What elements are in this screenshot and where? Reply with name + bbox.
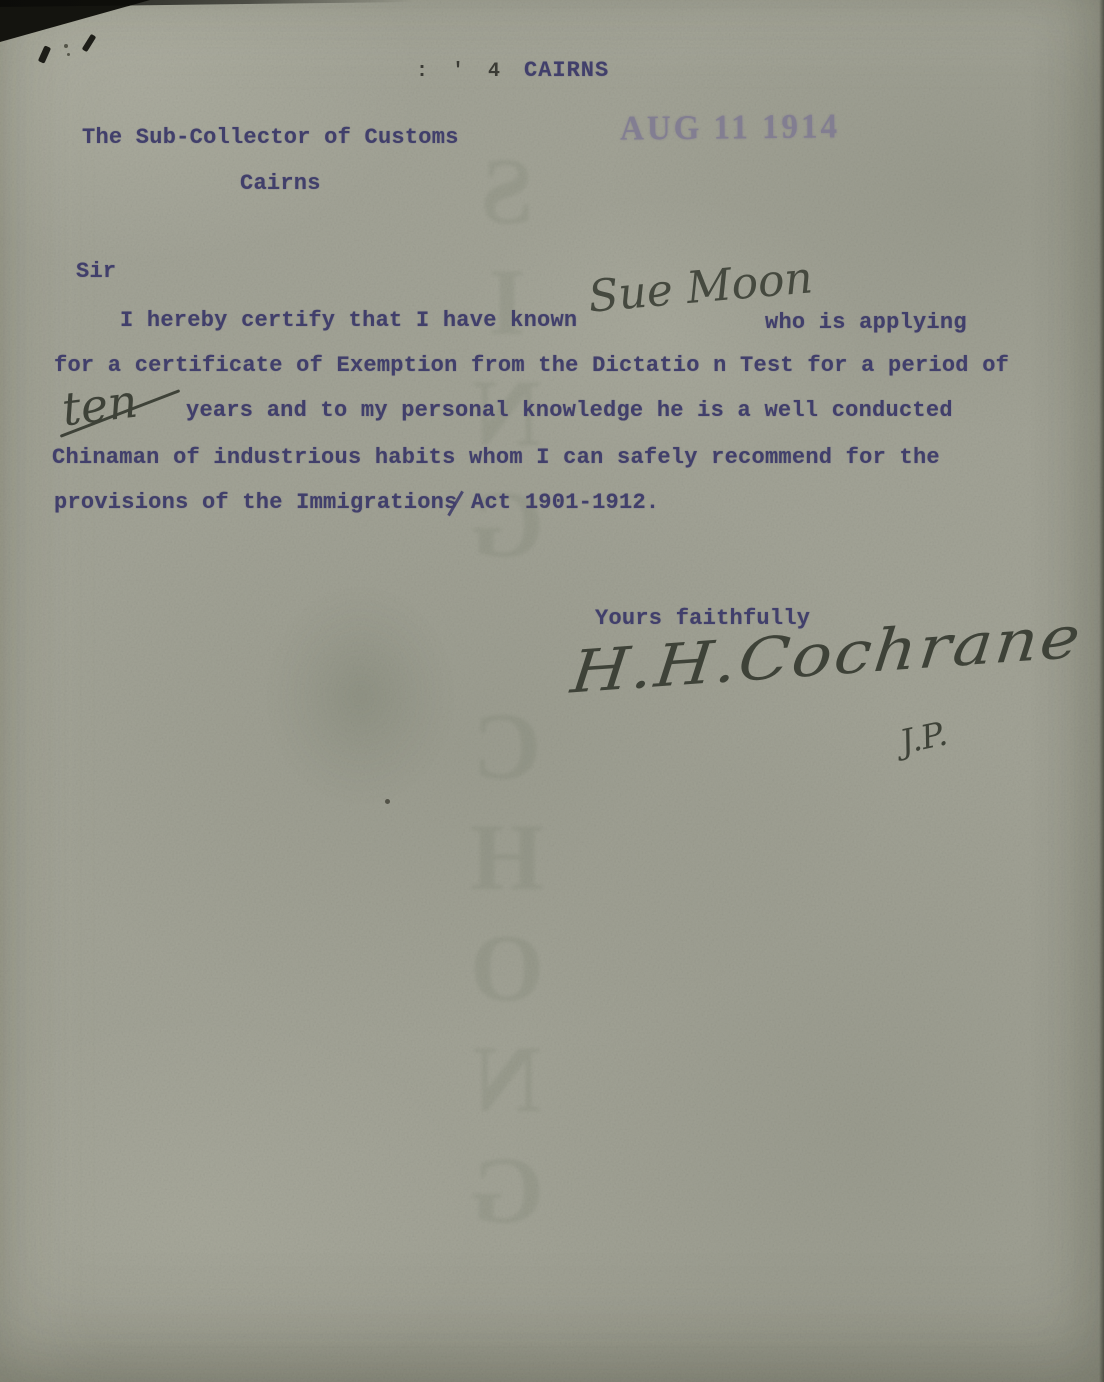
scanned-letter: SING CHONG : ' 4 CAIRNS AUG 11 1914 The … bbox=[0, 0, 1104, 1382]
body-line-4: Chinaman of industrious habits whom I ca… bbox=[52, 446, 940, 470]
faint-header-marks: : ' 4 bbox=[416, 60, 506, 83]
bleed-through-watermark: SING CHONG bbox=[452, 138, 562, 1118]
location-heading: CAIRNS bbox=[524, 59, 609, 83]
salutation: Sir bbox=[76, 260, 116, 284]
body-line-3: years and to my personal knowledge he is… bbox=[186, 399, 953, 423]
handwritten-period: ten bbox=[59, 374, 140, 437]
body-line-2: for a certificate of Exemption from the … bbox=[54, 354, 1009, 378]
body-line-1-continued: who is applying bbox=[765, 311, 967, 335]
overstruck-character: s bbox=[444, 491, 457, 515]
ink-speck bbox=[385, 799, 390, 804]
recipient-line-1: The Sub-Collector of Customs bbox=[82, 126, 459, 150]
ink-speck bbox=[64, 44, 68, 48]
body-line-5: provisions of the Immigrations Act 1901-… bbox=[54, 491, 659, 515]
recipient-line-2: Cairns bbox=[240, 172, 321, 196]
ink-speck bbox=[67, 53, 70, 56]
scan-right-edge-shadow bbox=[1099, 0, 1104, 1382]
body-line-5-text: provisions of the Immigration bbox=[54, 490, 444, 515]
body-line-5-text: Act 1901-1912. bbox=[458, 490, 660, 515]
date-stamp: AUG 11 1914 bbox=[620, 108, 840, 149]
body-line-1: I hereby certify that I have known bbox=[120, 309, 577, 333]
ghost-crest-bleed-through bbox=[268, 588, 453, 803]
